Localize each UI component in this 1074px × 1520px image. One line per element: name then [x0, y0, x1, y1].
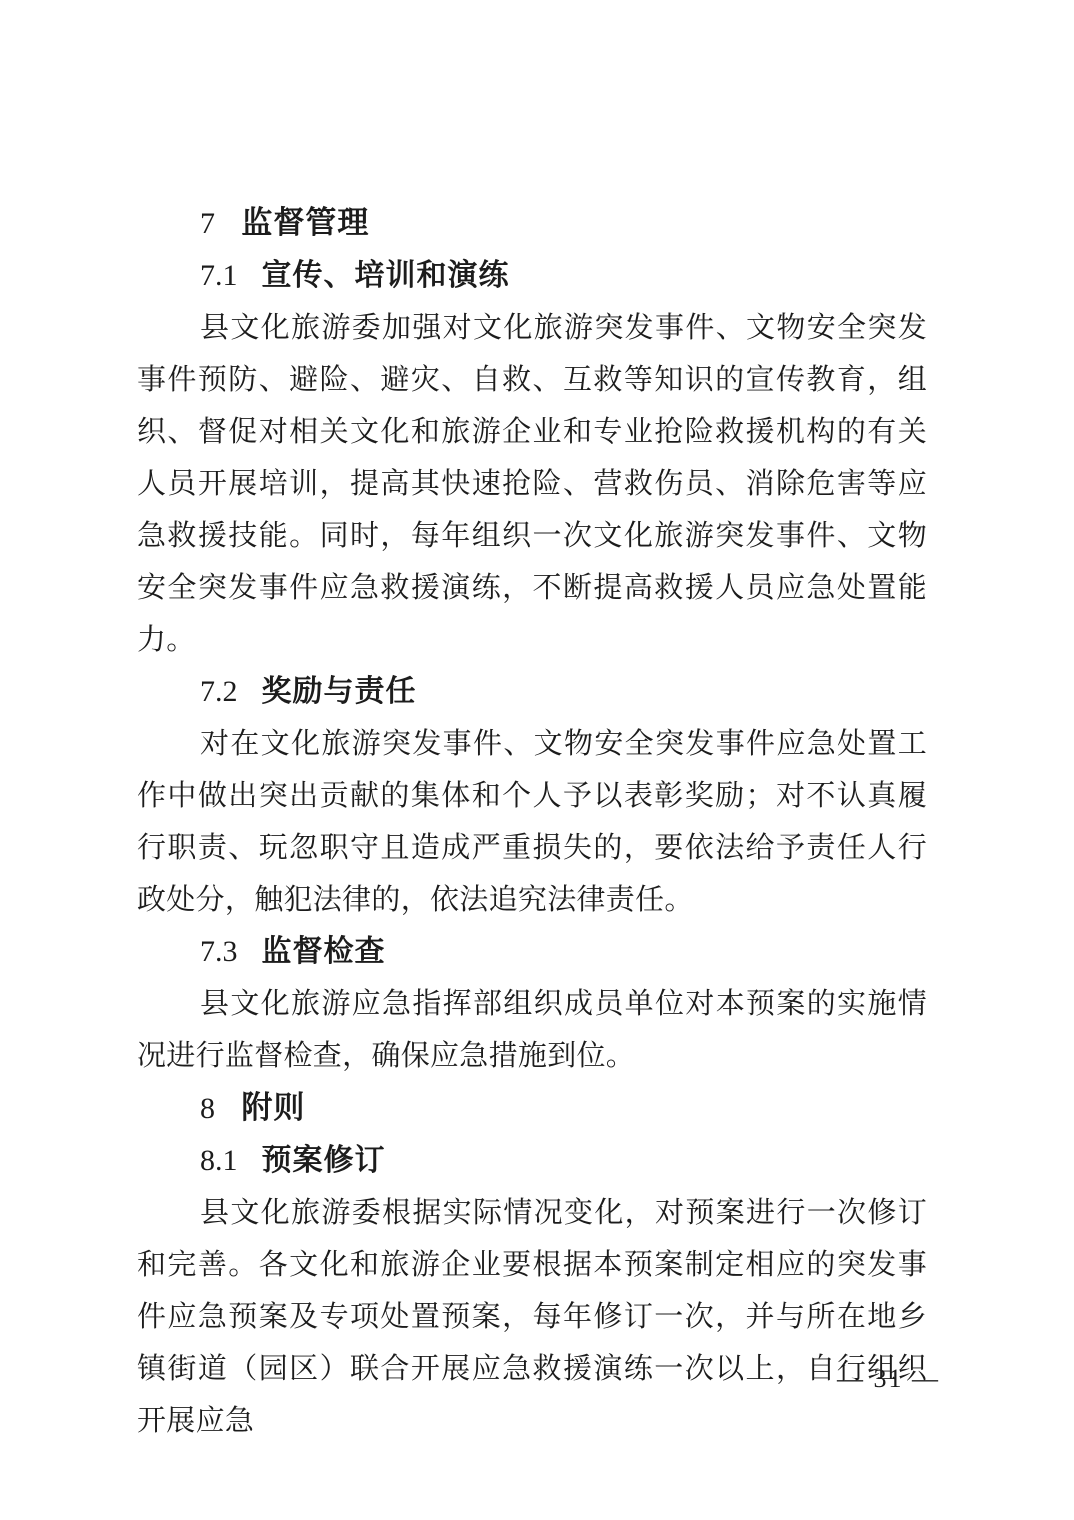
section-title: 预案修订 [262, 1144, 386, 1177]
chapter-heading-8: 8附则 [137, 1082, 927, 1135]
paragraph-reward-responsibility: 对在文化旅游突发事件、文物安全突发事件应急处置工作中做出突出贡献的集体和个人予以… [137, 718, 927, 926]
paragraph-supervision-inspection: 县文化旅游应急指挥部组织成员单位对本预案的实施情况进行监督检查，确保应急措施到位… [137, 978, 927, 1082]
section-heading-7-3: 7.3监督检查 [137, 926, 927, 978]
section-title: 奖励与责任 [262, 675, 417, 708]
chapter-number: 8 [200, 1092, 215, 1125]
chapter-title: 监督管理 [241, 205, 369, 240]
chapter-heading-7: 7监督管理 [137, 197, 927, 250]
paragraph-publicity-training: 县文化旅游委加强对文化旅游突发事件、文物安全突发事件预防、避险、避灾、自救、互救… [137, 302, 927, 666]
section-heading-8-1: 8.1预案修订 [137, 1135, 927, 1187]
section-heading-7-1: 7.1宣传、培训和演练 [137, 250, 927, 302]
section-number: 7.2 [200, 675, 238, 708]
section-title: 监督检查 [262, 935, 386, 968]
page-number: — 31 — [837, 1364, 940, 1394]
section-heading-7-2: 7.2奖励与责任 [137, 666, 927, 718]
document-body: 7监督管理 7.1宣传、培训和演练 县文化旅游委加强对文化旅游突发事件、文物安全… [137, 197, 927, 1447]
chapter-title: 附则 [241, 1090, 305, 1125]
section-number: 7.1 [200, 259, 238, 292]
section-number: 7.3 [200, 935, 238, 968]
section-number: 8.1 [200, 1144, 238, 1177]
document-page: 7监督管理 7.1宣传、培训和演练 县文化旅游委加强对文化旅游突发事件、文物安全… [0, 0, 1074, 1520]
paragraph-plan-revision: 县文化旅游委根据实际情况变化，对预案进行一次修订和完善。各文化和旅游企业要根据本… [137, 1187, 927, 1447]
section-title: 宣传、培训和演练 [262, 259, 510, 292]
chapter-number: 7 [200, 207, 215, 240]
